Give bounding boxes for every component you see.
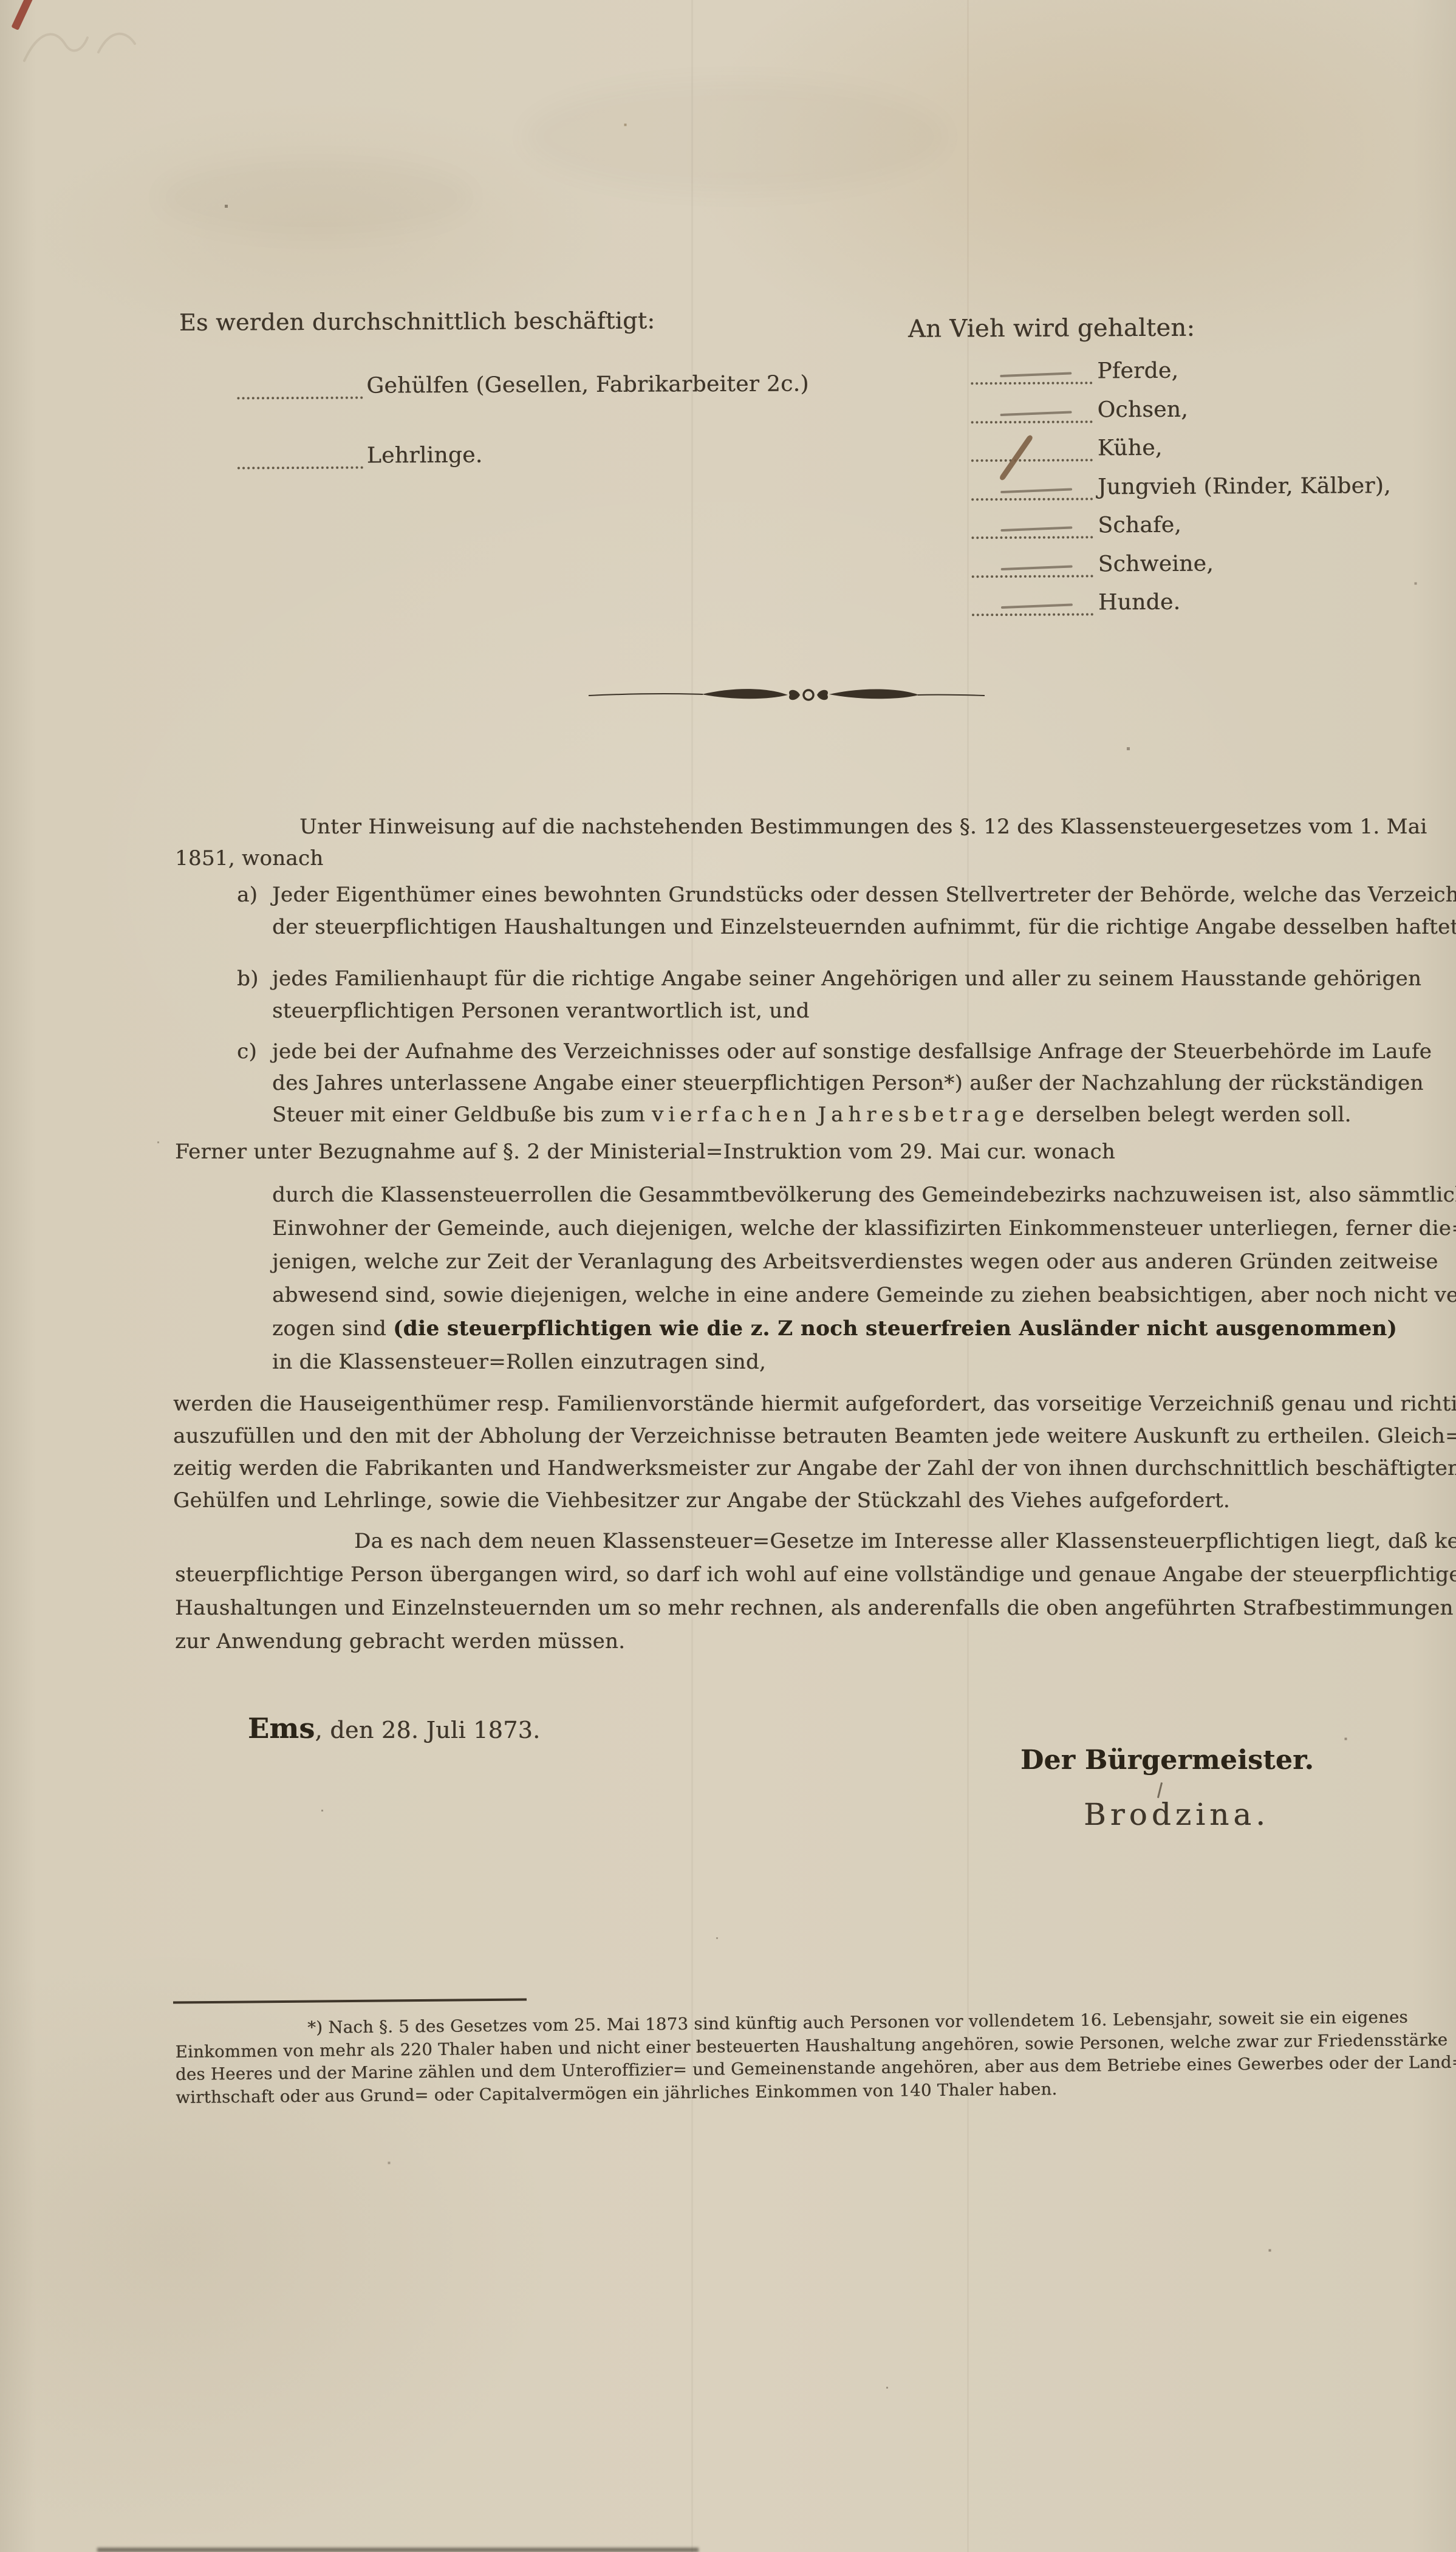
body-paragraph-intro: Unter Hinweisung auf die nachstehenden B… xyxy=(175,811,1427,874)
paper-specks xyxy=(0,0,1,1)
text-run: abwesend sind, sowie diejenigen, welche … xyxy=(272,1283,1456,1307)
text-run: der steuerpflichtigen Haushaltungen und … xyxy=(272,915,1456,939)
text-line: auszufüllen und den mit der Abholung der… xyxy=(173,1420,1456,1452)
signature-pen-tick xyxy=(1157,1782,1163,1798)
date-place: Ems xyxy=(248,1712,315,1745)
text-line: Jeder Eigenthümer eines bewohnten Grunds… xyxy=(272,879,1456,911)
text-run: jede bei der Aufnahme des Verzeichnisses… xyxy=(272,1039,1432,1064)
text-run: zeitig werden die Fabrikanten und Handwe… xyxy=(173,1456,1456,1480)
list-item-label: c) xyxy=(237,1036,257,1067)
body-paragraph-item-b: b)jedes Familienhaupt für die richtige A… xyxy=(272,963,1421,1027)
livestock-row: Schafe, xyxy=(971,513,1181,539)
text-line: in die Klassensteuer=Rollen einzutragen … xyxy=(272,1346,1456,1379)
text-line: Haushaltungen und Einzelnsteuernden um s… xyxy=(175,1592,1456,1625)
divider-ornament xyxy=(586,679,987,711)
text-run: Steuer mit einer Geldbuße bis zum xyxy=(272,1103,652,1127)
employment-row: Lehrlinge. xyxy=(238,443,483,470)
text-line: steuerpflichtige Person übergangen wird,… xyxy=(175,1558,1456,1592)
text-run: Da es nach dem neuen Klassensteuer=Geset… xyxy=(354,1529,1456,1553)
text-run: Unter Hinweisung auf die nachstehenden B… xyxy=(299,815,1427,839)
livestock-row-label: Kühe, xyxy=(1098,436,1163,461)
entry-blank-field xyxy=(971,440,1093,462)
livestock-rows: Pferde,Ochsen,Kühe,Jungvieh (Rinder, Käl… xyxy=(0,0,1455,3)
text-line: durch die Klassensteuerrollen die Gesamm… xyxy=(272,1179,1456,1212)
livestock-row-label: Schweine, xyxy=(1098,552,1214,578)
text-run: werden die Hauseigenthümer resp. Familie… xyxy=(173,1392,1456,1416)
signature-name: Brodzina. xyxy=(1070,1797,1283,1832)
livestock-row-label: Hunde. xyxy=(1098,590,1181,616)
text-run: jenigen, welche zur Zeit der Veranlagung… xyxy=(272,1250,1438,1274)
scan-edge-shadow xyxy=(97,2548,699,2552)
employment-row: Gehülfen (Gesellen, Fabrikarbeiter 2c.) xyxy=(237,371,808,399)
employment-row-label: Lehrlinge. xyxy=(367,443,483,469)
entry-blank-field xyxy=(238,448,363,470)
text-line: Ferner unter Bezugnahme auf §. 2 der Min… xyxy=(175,1136,1115,1168)
text-line: zeitig werden die Fabrikanten und Handwe… xyxy=(173,1452,1456,1485)
body-paragraph-indented-block: durch die Klassensteuerrollen die Gesamm… xyxy=(272,1179,1456,1379)
text-run: derselben belegt werden soll. xyxy=(1029,1103,1352,1127)
text-line: Gehülfen und Lehrlinge, sowie die Viehbe… xyxy=(173,1485,1456,1517)
text-line: steuerpflichtigen Personen verantwortlic… xyxy=(272,995,1421,1027)
text-run: Gehülfen und Lehrlinge, sowie die Viehbe… xyxy=(173,1488,1230,1513)
entry-blank-field xyxy=(237,378,363,400)
text-line: jedes Familienhaupt für die richtige Ang… xyxy=(272,963,1421,995)
text-run: Haushaltungen und Einzelnsteuernden um s… xyxy=(175,1596,1454,1620)
footnote-rule xyxy=(173,1998,527,2003)
text-line: jede bei der Aufnahme des Verzeichnisses… xyxy=(272,1036,1432,1067)
document-page: Es werden durchschnittlich beschäftigt: … xyxy=(0,0,1456,2552)
text-run: zur Anwendung gebracht werden müssen. xyxy=(175,1629,625,1654)
text-run: steuerpflichtigen Personen verantwortlic… xyxy=(272,999,810,1023)
text-line: der steuerpflichtigen Haushaltungen und … xyxy=(272,911,1456,943)
text-run: Jahresbetrage xyxy=(818,1103,1029,1127)
livestock-row: Schweine, xyxy=(972,552,1214,578)
text-run: Einwohner der Gemeinde, auch diejenigen,… xyxy=(272,1216,1456,1240)
body-paragraph-item-a: a)Jeder Eigenthümer eines bewohnten Grun… xyxy=(272,879,1456,943)
text-run: auszufüllen und den mit der Abholung der… xyxy=(173,1424,1456,1448)
text-line: 1851, wonach xyxy=(175,843,1427,874)
text-run: steuerpflichtige Person übergangen wird,… xyxy=(175,1562,1456,1587)
text-line: Steuer mit einer Geldbuße bis zum vierfa… xyxy=(272,1099,1432,1131)
livestock-row: Ochsen, xyxy=(971,397,1188,424)
text-line: zogen sind (die steuerpflichtigen wie di… xyxy=(272,1312,1456,1346)
body-paragraph-da-es: Da es nach dem neuen Klassensteuer=Geset… xyxy=(175,1525,1456,1658)
text-run: in die Klassensteuer=Rollen einzutragen … xyxy=(272,1350,766,1374)
text-line: zur Anwendung gebracht werden müssen. xyxy=(175,1625,1456,1658)
text-run: durch die Klassensteuerrollen die Gesamm… xyxy=(272,1183,1456,1207)
text-line: Unter Hinweisung auf die nachstehenden B… xyxy=(175,811,1427,843)
employment-row-label: Gehülfen (Gesellen, Fabrikarbeiter 2c.) xyxy=(366,371,808,399)
list-item-label: b) xyxy=(237,963,259,995)
text-line: abwesend sind, sowie diejenigen, welche … xyxy=(272,1279,1456,1312)
text-run: (die steuerpflichtigen wie die z. Z noch… xyxy=(393,1316,1397,1341)
footnote: *) Nach §. 5 des Gesetzes vom 25. Mai 18… xyxy=(175,2006,1456,2109)
text-run: Jeder Eigenthümer eines bewohnten Grunds… xyxy=(272,883,1456,907)
text-run: 1851, wonach xyxy=(175,846,323,871)
text-line: Da es nach dem neuen Klassensteuer=Geset… xyxy=(175,1525,1456,1558)
body-paragraph-werden: werden die Hauseigenthümer resp. Familie… xyxy=(173,1388,1456,1517)
signature-title: Der Bürgermeister. xyxy=(1020,1745,1276,1776)
livestock-row-label: Pferde, xyxy=(1097,358,1178,385)
text-run: zogen sind xyxy=(272,1316,393,1341)
livestock-row: Kühe, xyxy=(971,436,1163,462)
text-run: jedes Familienhaupt für die richtige Ang… xyxy=(272,966,1421,991)
date-rest: , den 28. Juli 1873. xyxy=(315,1717,541,1743)
text-line: werden die Hauseigenthümer resp. Familie… xyxy=(173,1388,1456,1420)
livestock-row-label: Ochsen, xyxy=(1097,397,1188,423)
livestock-row: Jungvieh (Rinder, Kälber), xyxy=(971,473,1391,501)
body-paragraph-ferner: Ferner unter Bezugnahme auf §. 2 der Min… xyxy=(175,1136,1115,1168)
top-form-section: Es werden durchschnittlich beschäftigt: … xyxy=(0,0,1456,671)
livestock-heading: An Vieh wird gehalten: xyxy=(908,314,1195,343)
text-line: jenigen, welche zur Zeit der Veranlagung… xyxy=(272,1245,1456,1279)
text-run: Ferner unter Bezugnahme auf §. 2 der Min… xyxy=(175,1140,1115,1164)
text-line: Einwohner der Gemeinde, auch diejenigen,… xyxy=(272,1212,1456,1245)
livestock-row: Pferde, xyxy=(971,358,1178,385)
list-item-label: a) xyxy=(237,879,258,911)
livestock-row-label: Schafe, xyxy=(1098,513,1181,539)
body-paragraph-item-c: c)jede bei der Aufnahme des Verzeichniss… xyxy=(272,1036,1432,1131)
text-run: des Jahres unterlassene Angabe einer ste… xyxy=(272,1071,1424,1095)
text-line: des Jahres unterlassene Angabe einer ste… xyxy=(272,1067,1432,1099)
livestock-row-label: Jungvieh (Rinder, Kälber), xyxy=(1098,473,1391,500)
employment-rows: Gehülfen (Gesellen, Fabrikarbeiter 2c.)L… xyxy=(0,0,1455,3)
text-run xyxy=(811,1103,818,1127)
livestock-row: Hunde. xyxy=(972,590,1181,616)
employment-heading: Es werden durchschnittlich beschäftigt: xyxy=(179,307,655,336)
text-run: vierfachen xyxy=(652,1103,811,1127)
date-line: Ems, den 28. Juli 1873. xyxy=(248,1712,540,1745)
